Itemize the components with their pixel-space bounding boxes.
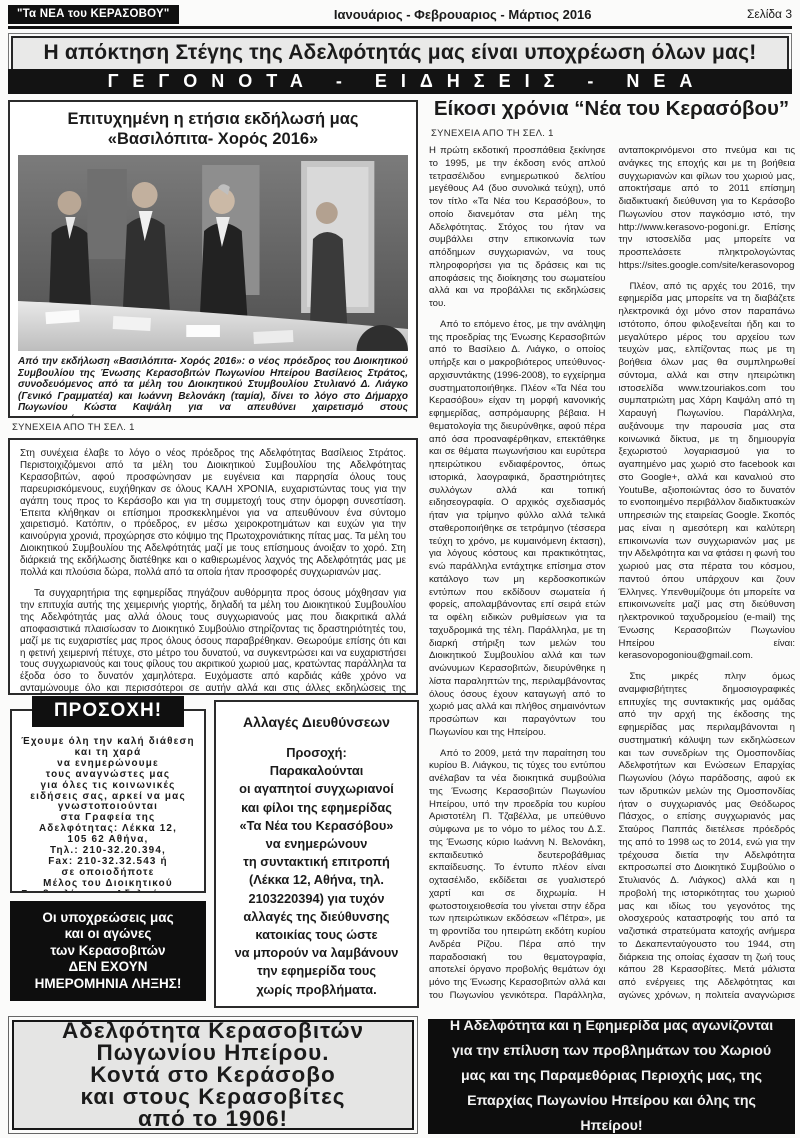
left-article-box: Επιτυχημένη η ετήσια εκδήλωσή μας «Βασιλ… (8, 100, 418, 418)
issue-period: Ιανουάριος - Φεβρουαριος - Μάρτιος 2016 (334, 7, 592, 22)
banner-headline: Η απόκτηση Στέγης της Αδελφότητάς μας εί… (11, 36, 789, 71)
slogan-box: Οι υποχρεώσεις μας και οι αγώνες των Κερ… (10, 901, 206, 1001)
page-number: Σελίδα 3 (747, 7, 792, 21)
fraternity-box: Αδελφότητα Κερασοβιτών Πωγωνίου Ηπείρου.… (12, 1020, 414, 1130)
right-continued-label: ΣΥΝΕΧΕΙΑ ΑΠΟ ΤΗ ΣΕΛ. 1 (431, 128, 554, 139)
banner-frame: Η απόκτηση Στέγης της Αδελφότητάς μας εί… (8, 33, 792, 74)
event-photo (18, 155, 408, 351)
photo-caption: Από την εκδήλωση «Βασιλόπιτα- Χορός 2016… (18, 356, 408, 418)
right-article-paragraph: Από το επόμενο έτος, με την ανάληψη της … (429, 319, 606, 740)
right-article-columns: Η πρώτη εκδοτική προσπάθεια ξεκίνησε το … (429, 145, 795, 1011)
notice-title-band: ΠΡΟΣΟΧΗ! (32, 696, 184, 727)
left-continued-label: ΣΥΝΕΧΕΙΑ ΑΠΟ ΤΗ ΣΕΛ. 1 (12, 422, 135, 433)
left-article-paragraph: Στη συνέχεια έλαβε το λόγο ο νέος πρόεδρ… (20, 448, 406, 579)
right-article-title: Είκοσι χρόνια “Νέα του Κερασόβου” (428, 97, 795, 121)
address-change-body: Προσοχή: Παρακαλούνται οι αγαπητοί συγχω… (224, 744, 409, 999)
right-article-paragraph: Πλέον, από τις αρχές του 2016, την εφημε… (619, 281, 796, 664)
slogan-text: Οι υποχρεώσεις μας και οι αγώνες των Κερ… (35, 910, 182, 993)
page-header: "Τα ΝΕΑ του ΚΕΡΑΣΟΒΟΥ" Ιανουάριος - Φεβρ… (8, 4, 792, 24)
left-article-title: Επιτυχημένη η ετήσια εκδήλωσή μας «Βασιλ… (18, 109, 408, 149)
bottom-banner: Η Αδελφότητα και η Εφημερίδα μας αγωνίζο… (428, 1019, 795, 1134)
right-article-paragraph: Η πρώτη εκδοτική προσπάθεια ξεκίνησε το … (429, 145, 606, 311)
notice-box: Έχουμε όλη την καλή διάθεση και τη χαρά … (10, 709, 206, 893)
fraternity-frame: Αδελφότητα Κερασοβιτών Πωγωνίου Ηπείρου.… (8, 1016, 418, 1134)
header-rule (8, 26, 792, 29)
left-article-paragraph: Τα συγχαρητήρια της εφημερίδας πηγάζουν … (20, 588, 406, 695)
section-bar: ΓΕΓΟΝΟΤΑ - ΕΙΔΗΣΕΙΣ - ΝΕΑ (8, 69, 792, 94)
masthead: "Τα ΝΕΑ του ΚΕΡΑΣΟΒΟΥ" (8, 5, 179, 24)
fraternity-text: Αδελφότητα Κερασοβιτών Πωγωνίου Ηπείρου.… (62, 1020, 364, 1130)
left-article-body-box: Στη συνέχεια έλαβε το λόγο ο νέος πρόεδρ… (8, 438, 418, 695)
address-change-box: Αλλαγές Διευθύνσεων Προσοχή: Παρακαλούντ… (214, 700, 419, 1008)
newspaper-page: "Τα ΝΕΑ του ΚΕΡΑΣΟΒΟΥ" Ιανουάριος - Φεβρ… (0, 0, 800, 1138)
bottom-banner-text: Η Αδελφότητα και η Εφημερίδα μας αγωνίζο… (440, 1019, 783, 1134)
address-change-title: Αλλαγές Διευθύνσεων (224, 714, 409, 730)
